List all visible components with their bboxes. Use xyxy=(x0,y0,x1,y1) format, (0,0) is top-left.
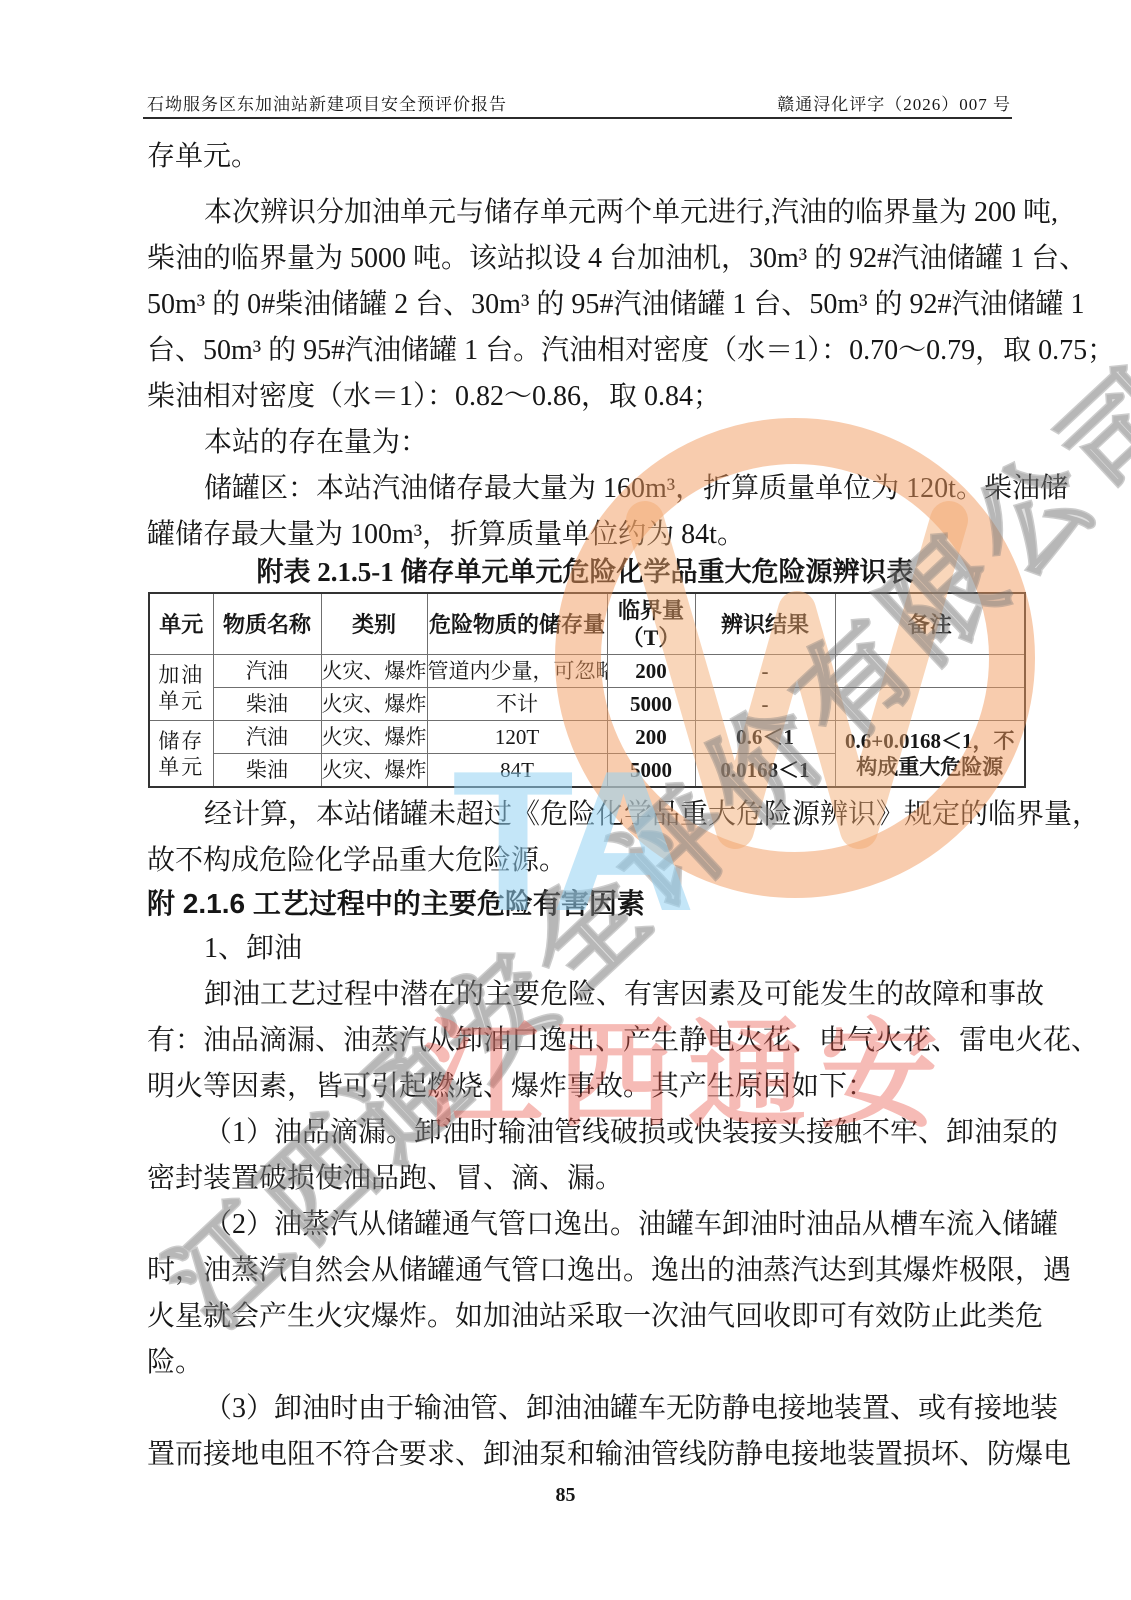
body-line: 置而接地电阻不符合要求、卸油泵和输油管线防静电接地装置损坏、防爆电 xyxy=(147,1432,1027,1478)
table-row: 加油单元 汽油 火灾、爆炸 管道内少量，可忽略 200 - xyxy=(149,655,1025,688)
report-title-header: 石坳服务区东加油站新建项目安全预评价报告 xyxy=(147,90,507,115)
cell-storage: 不计 xyxy=(427,688,607,721)
cell-category: 火灾、爆炸 xyxy=(321,721,427,754)
cell-result: 0.0168＜1 xyxy=(695,754,835,788)
body-line: 存单元。 xyxy=(147,134,1027,180)
body-line: 卸油工艺过程中潜在的主要危险、有害因素及可能发生的故障和事故 xyxy=(147,972,1027,1018)
body-line: 明火等因素，皆可引起燃烧、爆炸事故。其产生原因如下： xyxy=(147,1064,1027,1110)
body-line: 时，油蒸汽自然会从储罐通气管口逸出。逸出的油蒸汽达到其爆炸极限，遇 xyxy=(147,1248,1027,1294)
cell-critical: 5000 xyxy=(607,754,695,788)
body-line: 储罐区：本站汽油储存最大量为 160m³，折算质量单位为 120t。柴油储 xyxy=(147,466,1027,512)
table-row: 柴油 火灾、爆炸 不计 5000 - xyxy=(149,688,1025,721)
body-line: 柴油相对密度（水＝1）：0.82～0.86，取 0.84； xyxy=(147,374,1027,420)
cell-critical: 200 xyxy=(607,721,695,754)
document-page: 石坳服务区东加油站新建项目安全预评价报告 赣通浔化评字（2026）007 号 存… xyxy=(0,0,1131,1600)
cell-note xyxy=(835,655,1025,688)
cell-result: - xyxy=(695,655,835,688)
header-rule xyxy=(143,117,1012,119)
body-line: 险。 xyxy=(147,1340,1027,1386)
cell-result: - xyxy=(695,688,835,721)
body-line: 本站的存在量为： xyxy=(147,420,1027,466)
cell-note: 0.6+0.0168＜1，不构成重大危险源 xyxy=(835,721,1025,788)
page-number: 85 xyxy=(0,1484,1131,1507)
col-header-note: 备注 xyxy=(835,593,1025,655)
cell-storage: 84T xyxy=(427,754,607,788)
body-line: 本次辨识分加油单元与储存单元两个单元进行,汽油的临界量为 200 吨, xyxy=(147,190,1027,236)
body-line: 柴油的临界量为 5000 吨。该站拟设 4 台加油机，30m³ 的 92#汽油储… xyxy=(147,236,1027,282)
cell-category: 火灾、爆炸 xyxy=(321,655,427,688)
col-header-material: 物质名称 xyxy=(213,593,321,655)
col-header-category: 类别 xyxy=(321,593,427,655)
cell-unit: 加油单元 xyxy=(149,655,213,721)
cell-critical: 5000 xyxy=(607,688,695,721)
body-line: 火星就会产生火灾爆炸。如加油站采取一次油气回收即可有效防止此类危 xyxy=(147,1294,1027,1340)
col-header-critical: 临界量（T） xyxy=(607,593,695,655)
cell-category: 火灾、爆炸 xyxy=(321,688,427,721)
table-row: 储存单元 汽油 火灾、爆炸 120T 200 0.6＜1 0.6+0.0168＜… xyxy=(149,721,1025,754)
body-line: 故不构成危险化学品重大危险源。 xyxy=(147,838,1027,884)
body-line: 50m³ 的 0#柴油储罐 2 台、30m³ 的 95#汽油储罐 1 台、50m… xyxy=(147,282,1027,328)
cell-category: 火灾、爆炸 xyxy=(321,754,427,788)
cell-material: 汽油 xyxy=(213,721,321,754)
body-line: 1、卸油 xyxy=(147,926,1027,972)
cell-material: 汽油 xyxy=(213,655,321,688)
cell-critical: 200 xyxy=(607,655,695,688)
cell-material: 柴油 xyxy=(213,754,321,788)
body-line: 有：油品滴漏、油蒸汽从卸油口逸出、产生静电火花、电气火花、雷电火花、 xyxy=(147,1018,1027,1064)
body-line: 经计算，本站储罐未超过《危险化学品重大危险源辨识》规定的临界量， xyxy=(147,792,1027,838)
cell-material: 柴油 xyxy=(213,688,321,721)
table-header-row: 单元 物质名称 类别 危险物质的储存量 临界量（T） 辨识结果 备注 xyxy=(149,593,1025,655)
cell-unit: 储存单元 xyxy=(149,721,213,788)
col-header-result: 辨识结果 xyxy=(695,593,835,655)
body-line: 台、50m³ 的 95#汽油储罐 1 台。汽油相对密度（水＝1）：0.70～0.… xyxy=(147,328,1027,374)
col-header-unit: 单元 xyxy=(149,593,213,655)
body-line: （1）油品滴漏。卸油时输油管线破损或快装接头接触不牢、卸油泵的 xyxy=(147,1110,1027,1156)
col-header-storage: 危险物质的储存量 xyxy=(427,593,607,655)
table-caption: 附表 2.1.5-1 储存单元单元危险化学品重大危险源辨识表 xyxy=(147,550,1023,589)
section-heading-2-1-6: 附 2.1.6 工艺过程中的主要危险有害因素 xyxy=(147,882,645,922)
document-number-header: 赣通浔化评字（2026）007 号 xyxy=(777,90,1011,115)
hazard-identification-table: 单元 物质名称 类别 危险物质的储存量 临界量（T） 辨识结果 备注 加油单元 … xyxy=(148,592,1026,788)
cell-note xyxy=(835,688,1025,721)
cell-storage: 管道内少量，可忽略 xyxy=(427,655,607,688)
cell-result: 0.6＜1 xyxy=(695,721,835,754)
cell-storage: 120T xyxy=(427,721,607,754)
body-line: （2）油蒸汽从储罐通气管口逸出。油罐车卸油时油品从槽车流入储罐 xyxy=(147,1202,1027,1248)
body-line: （3）卸油时由于输油管、卸油油罐车无防静电接地装置、或有接地装 xyxy=(147,1386,1027,1432)
body-line: 密封装置破损使油品跑、冒、滴、漏。 xyxy=(147,1156,1027,1202)
